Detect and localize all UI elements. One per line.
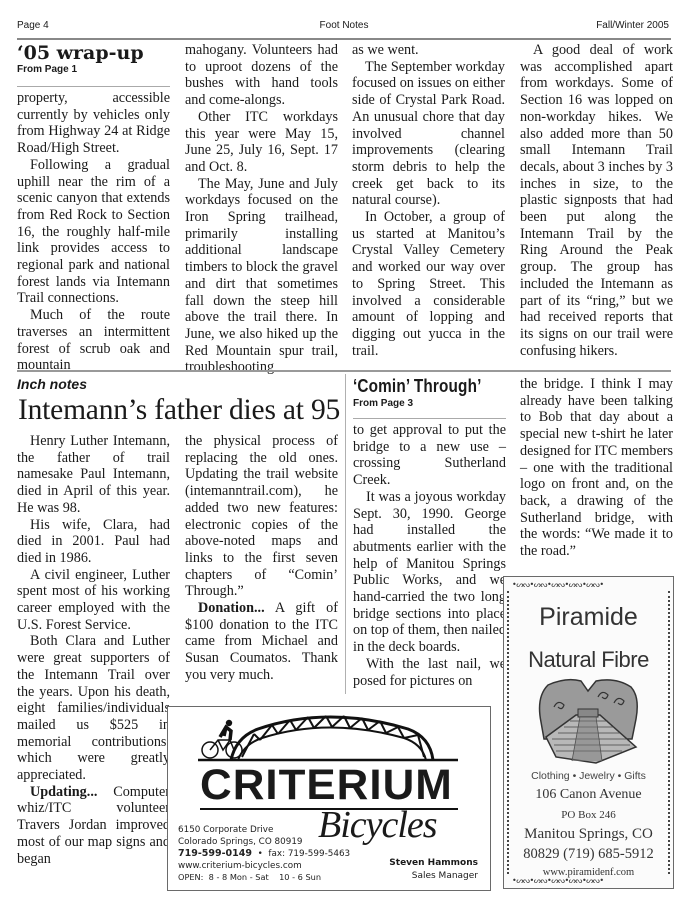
paragraph: Updating... Computer whiz/ITC volunteer …	[17, 784, 170, 868]
pyramid-illustration-icon	[536, 677, 641, 765]
paragraph: With the last nail, we posed for picture…	[353, 656, 506, 689]
updating-lead: Updating...	[30, 784, 97, 800]
wrapup-continued: From Page 1	[17, 64, 170, 75]
publication-name: Foot Notes	[17, 20, 671, 31]
paragraph: to get approval to put the bridge to a n…	[353, 422, 506, 489]
comin-continued: From Page 3	[353, 398, 506, 409]
contact-title: Sales Manager	[389, 870, 478, 883]
paragraph: Both Clara and Luther were great support…	[17, 633, 170, 783]
piramide-street: 106 Canon Avenue	[504, 787, 673, 803]
comin-kicker: ‘Comin’ Through’ From Page 3	[353, 376, 506, 409]
page-header: Page 4 Foot Notes Fall/Winter 2005	[17, 20, 671, 36]
address-line: Colorado Springs, CO 80919	[178, 837, 350, 849]
piramide-zip-phone: 80829 (719) 685-5912	[504, 846, 673, 863]
paragraph: His wife, Clara, had died in 2001. Paul …	[17, 517, 170, 567]
comin-column-2: the bridge. I think I may already have b…	[520, 376, 673, 560]
paragraph: the bridge. I think I may already have b…	[520, 376, 673, 560]
wrapup-column-4: A good deal of work was accomplished apa…	[520, 42, 673, 359]
inchnotes-column-1: Henry Luther Intemann, the father of tra…	[17, 433, 170, 867]
comin-kicker-rule	[353, 418, 506, 419]
wrapup-column-3: as we went. The September workday focuse…	[352, 42, 505, 359]
criterium-contact-person: Steven Hammons Sales Manager	[389, 857, 478, 882]
header-rule	[17, 38, 671, 40]
piramide-pobox: PO Box 246	[504, 809, 673, 821]
paragraph: Much of the route traverses an intermitt…	[17, 307, 170, 374]
paragraph: The September workday focused on issues …	[352, 59, 505, 209]
contact-name: Steven Hammons	[389, 857, 478, 870]
paragraph: In October, a group of us started at Man…	[352, 209, 505, 359]
phone-line: 719-599-0149 • fax: 719-599-5463	[178, 848, 350, 861]
wrapup-column-2: mahogany. Volunteers had to uproot dozen…	[185, 42, 338, 376]
column-divider	[345, 374, 346, 694]
paragraph: Henry Luther Intemann, the father of tra…	[17, 433, 170, 517]
wrapup-column-1: property, accessible currently by vehicl…	[17, 90, 170, 374]
comin-title: ‘Comin’ Through’	[353, 376, 483, 397]
article-headline: Intemann’s father dies at 95	[18, 394, 340, 427]
piramide-tagline: Clothing • Jewelry • Gifts	[504, 770, 673, 782]
paragraph: Following a gradual uphill near the rim …	[17, 157, 170, 307]
criterium-contact-info: 6150 Corporate Drive Colorado Springs, C…	[178, 825, 350, 884]
website: www.criterium-bicycles.com	[178, 861, 350, 873]
section-rule	[17, 370, 671, 372]
paragraph: the physical process of replacing the ol…	[185, 433, 338, 600]
comin-column-1: to get approval to put the bridge to a n…	[353, 422, 506, 689]
piramide-natural-fibre-ad: •ᔕᔓ•ᔕᔓ•ᔕᔓ•ᔕᔓ•ᔕᔓ• •ᔕᔓ•ᔕᔓ•ᔕᔓ•ᔕᔓ•ᔕᔓ• Pirami…	[503, 576, 674, 889]
address-line: 6150 Corporate Drive	[178, 825, 350, 837]
piramide-website: www.piramidenf.com	[504, 867, 673, 878]
piramide-subtitle: Natural Fibre	[504, 647, 673, 673]
issue-date: Fall/Winter 2005	[596, 20, 669, 31]
paragraph: mahogany. Volunteers had to uproot dozen…	[185, 42, 338, 109]
piramide-city: Manitou Springs, CO	[504, 826, 673, 843]
donation-lead: Donation...	[198, 600, 265, 616]
ornamental-border-top: •ᔕᔓ•ᔕᔓ•ᔕᔓ•ᔕᔓ•ᔕᔓ•	[512, 580, 665, 589]
paragraph: Donation... A gift of $100 donation to t…	[185, 600, 338, 684]
phone: 719-599-0149	[178, 848, 252, 859]
paragraph: property, accessible currently by vehicl…	[17, 90, 170, 157]
criterium-bicycles-ad: CRITERIUM Bicycles 6150 Corporate Drive …	[167, 706, 491, 891]
paragraph: Other ITC workdays this year were May 15…	[185, 109, 338, 176]
paragraph: The May, June and July workdays focused …	[185, 176, 338, 376]
fax: fax: 719-599-5463	[268, 849, 350, 859]
wrapup-title: ‘05 wrap-up	[17, 42, 170, 64]
wrapup-kicker: ‘05 wrap-up From Page 1	[17, 42, 170, 75]
paragraph: A good deal of work was accomplished apa…	[520, 42, 673, 359]
store-hours: OPEN: 8 - 8 Mon - Sat 10 - 6 Sun	[178, 872, 350, 884]
wrapup-kicker-rule	[17, 86, 170, 87]
piramide-name: Piramide	[504, 603, 673, 632]
paragraph: A civil engineer, Luther spent most of h…	[17, 567, 170, 634]
section-label: Inch notes	[17, 376, 87, 392]
paragraph: It was a joyous workday Sept. 30, 1990. …	[353, 489, 506, 656]
paragraph: as we went.	[352, 42, 505, 59]
inchnotes-column-2: the physical process of replacing the ol…	[185, 433, 338, 684]
